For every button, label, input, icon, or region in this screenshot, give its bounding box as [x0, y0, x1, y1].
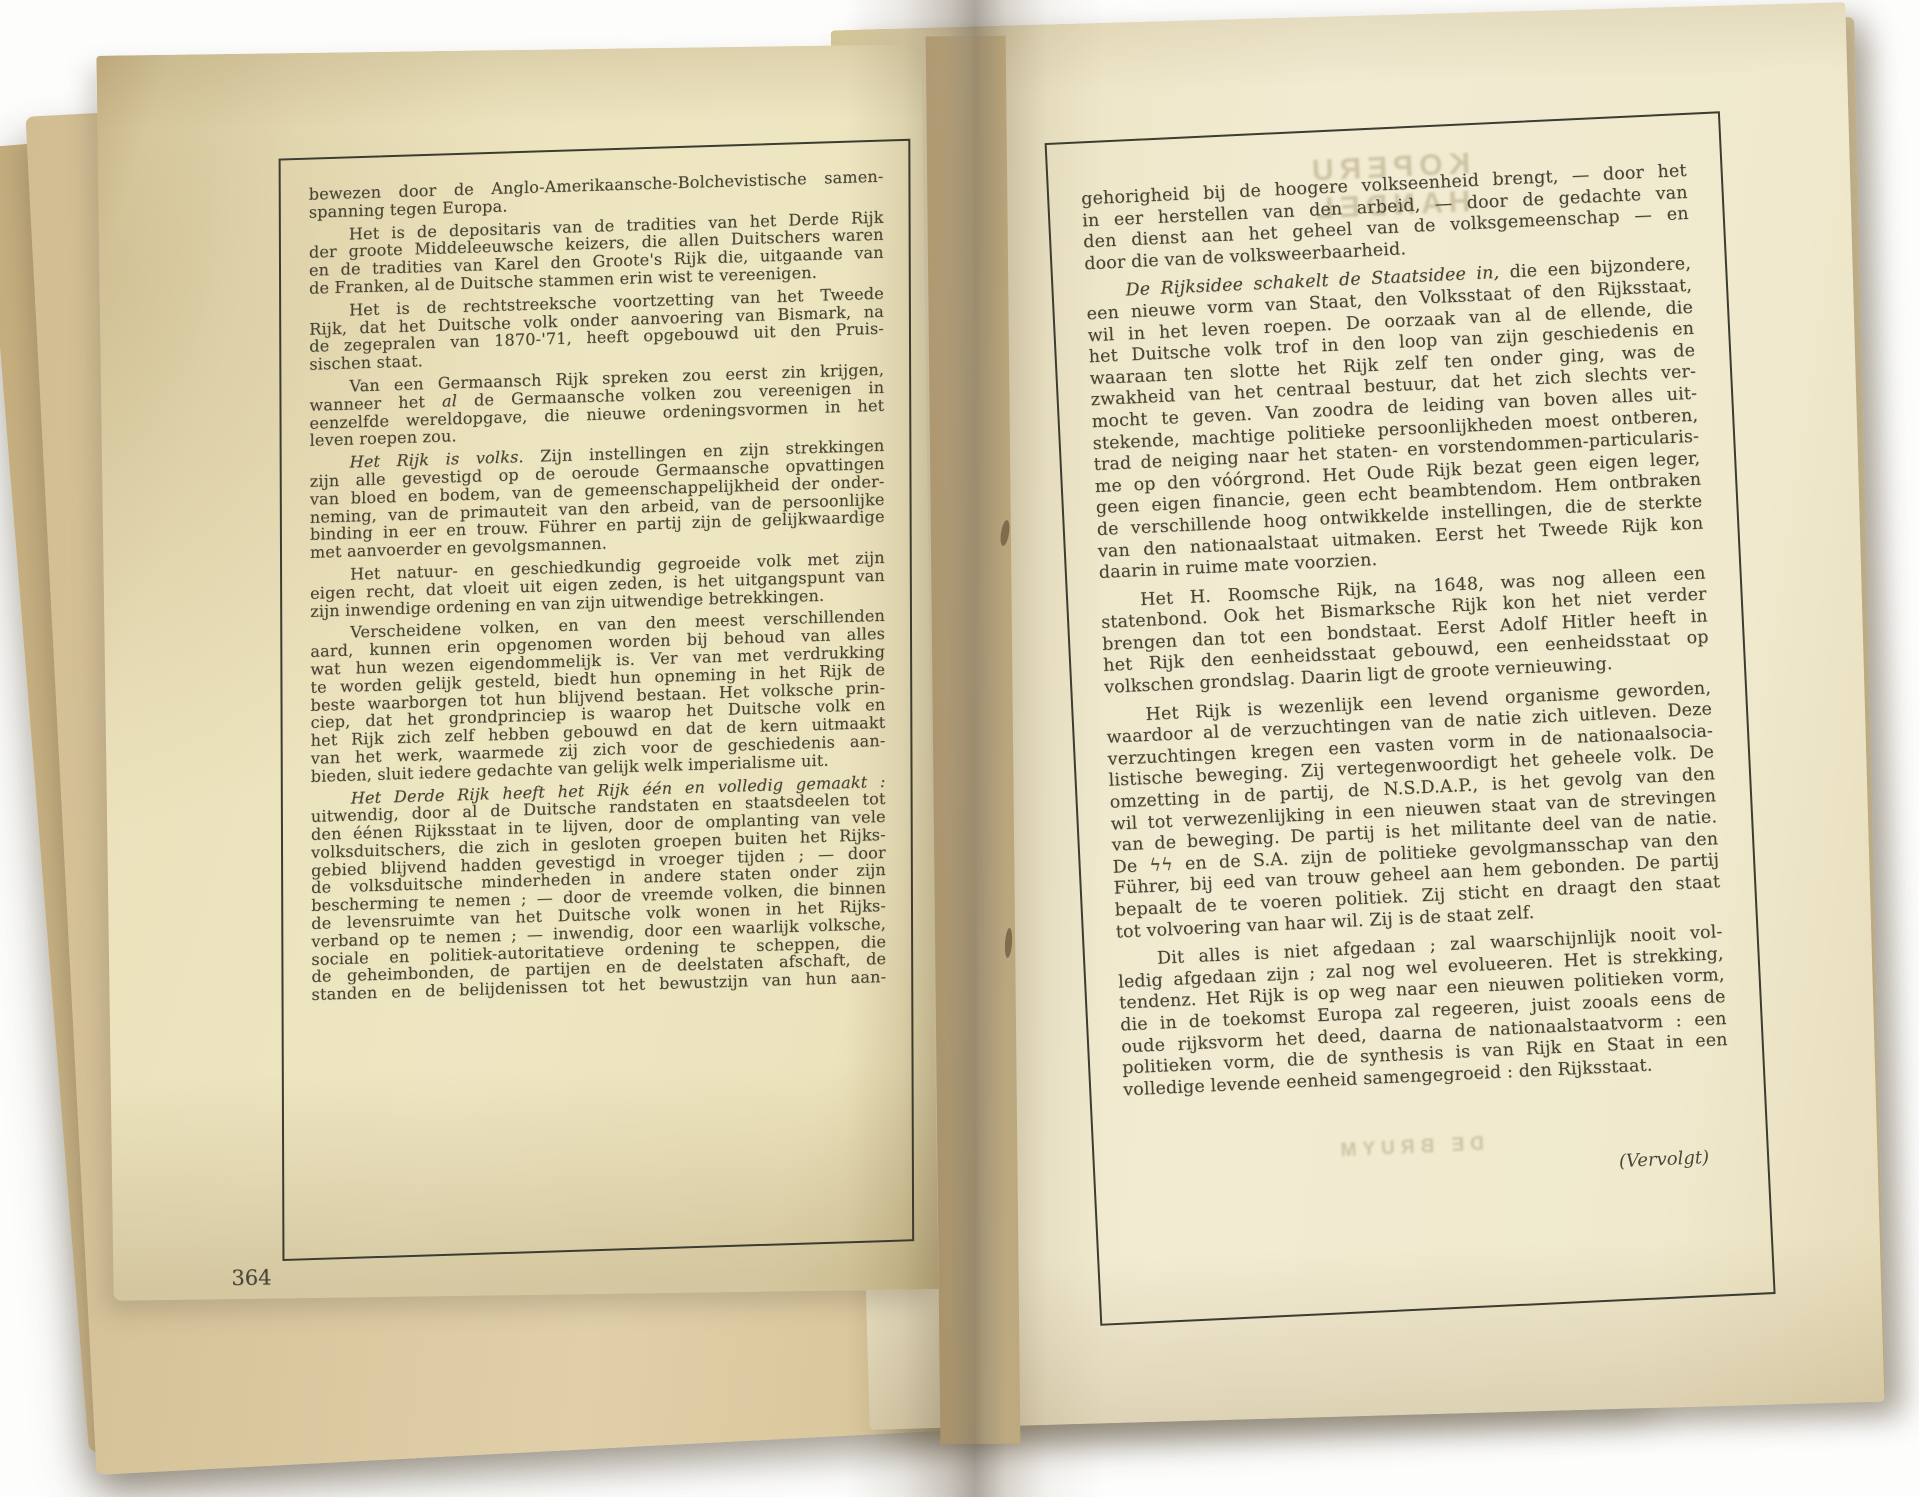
left-page: bewezen door de Anglo-Amerikaansche-Bolc… — [96, 44, 938, 1300]
right-page-print-frame: KOPERU HANDEL gehorigheid bij de hoogere… — [1045, 111, 1776, 1326]
paragraph: Het Rijk is volks. Zijn instellingen en … — [310, 437, 885, 562]
gutter-fold-edge — [926, 36, 1021, 1445]
paragraph: De Rijksidee schakelt de Staatsidee in, … — [1085, 254, 1705, 585]
page-number: 364 — [231, 1265, 271, 1290]
paper-speck — [621, 378, 624, 381]
show-through-ghost-text: DE BRUYM — [1259, 1130, 1560, 1166]
right-page-text: gehorigheid bij de hoogere volkseenheid … — [1081, 161, 1730, 1109]
paragraph: Dit alles is niet afgedaan ; zal waarsch… — [1117, 922, 1729, 1102]
paragraph: Het H. Roomsche Rijk, na 1648, was nog a… — [1100, 563, 1710, 699]
paragraph: Het is de rechtstreeksche voortzetting v… — [309, 284, 884, 373]
paragraph: Het Rijk is wezenlijk een levend organis… — [1105, 678, 1722, 944]
continuation-note: (Vervolgt) — [1619, 1147, 1710, 1172]
paragraph: Het Derde Rijk heeft het Rijk één en vol… — [311, 772, 886, 1004]
left-page-print-frame: bewezen door de Anglo-Amerikaansche-Bolc… — [279, 139, 915, 1261]
paragraph: Het is de depositaris van de tradities v… — [309, 208, 884, 297]
book-photo: bewezen door de Anglo-Amerikaansche-Bolc… — [0, 0, 1919, 1497]
paragraph: Van een Germaansch Rijk spreken zou eers… — [309, 361, 884, 450]
left-page-text: bewezen door de Anglo-Amerikaansche-Bolc… — [309, 168, 887, 1009]
paragraph: Verscheidene volken, en van den meest ve… — [310, 607, 885, 785]
